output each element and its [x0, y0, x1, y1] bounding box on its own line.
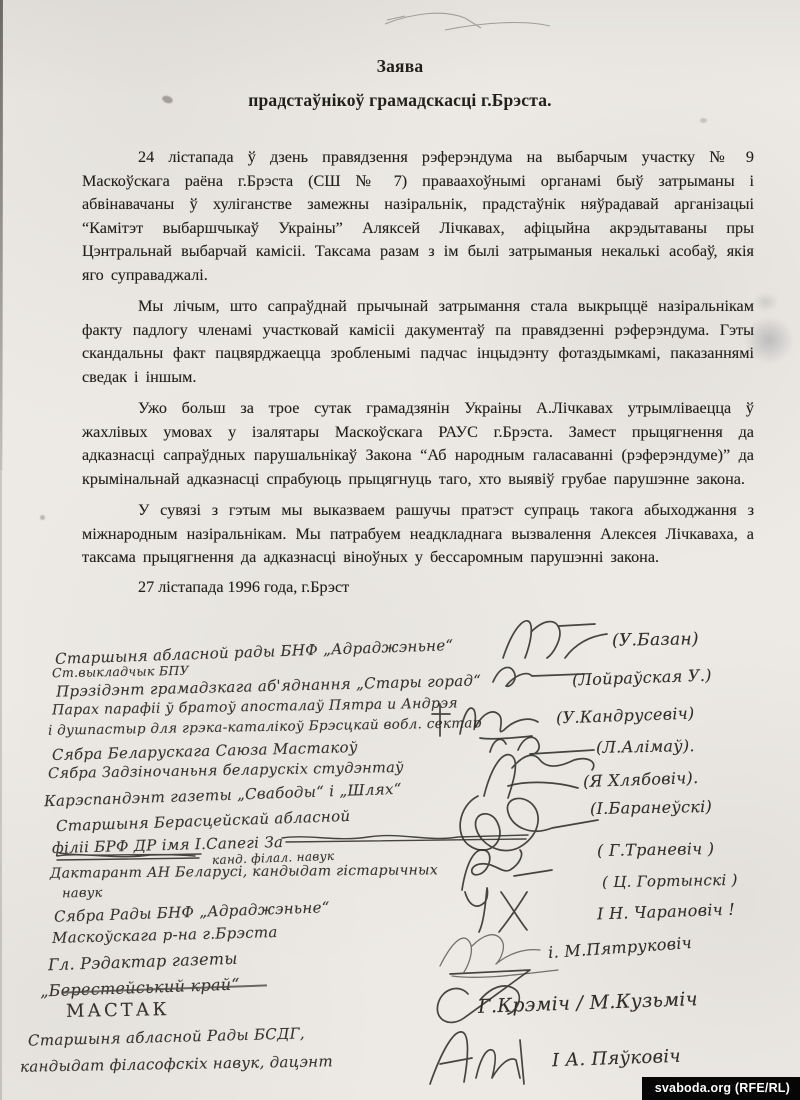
signer-name: І Н. Чарановіч ! — [597, 900, 736, 924]
paragraph-2: Мы лічым, што сапраўднай прычынай затрым… — [82, 295, 754, 389]
signature-role: Сябра Задзіночаньня беларускіх студэнтаў — [48, 760, 404, 782]
signature-scribble — [420, 1020, 540, 1098]
paragraph-1: 24 лістапада ў дзень правядзення рэферэн… — [82, 146, 754, 287]
signature-role: Маскоўскага р-на г.Брэста — [52, 923, 278, 947]
signer-name: (Л.Алімаў). — [596, 736, 695, 757]
date-line: 27 лістапада 1996 года, г.Брэст — [82, 578, 754, 597]
scan-smudge — [744, 316, 794, 364]
scanned-document: Заява прадстаўнікоў грамадскасці г.Брэст… — [0, 0, 800, 1100]
signature-role: Сябра Рады БНФ „Адраджэньне“ — [54, 898, 330, 926]
signature-role: навук — [62, 886, 103, 902]
signer-name: І А. Пяўковіч — [552, 1046, 682, 1071]
watermark-credit: svaboda.org (RFE/RL) — [642, 1077, 800, 1100]
signature-scribble — [495, 612, 610, 664]
signature-role: Дактарант АН Беларусі, кандыдат гістарыч… — [50, 862, 438, 881]
strike-scribble — [55, 850, 205, 864]
scan-smudge-small — [753, 292, 779, 312]
signer-name: (І.Баранеўскі) — [590, 797, 712, 818]
signature-role: і душпастыр для грэка-каталікоў Брэсцкай… — [48, 715, 482, 739]
signature-role: Карэспандэнт газеты „Свабоды“ і „Шлях“ — [44, 780, 402, 810]
pen-mark-artifact — [385, 2, 555, 34]
signer-name: і. М.Пятруковіч — [548, 933, 693, 962]
signature-role: Гл. Рэдактар газеты — [48, 949, 238, 975]
signer-name: (У.Кандрусевіч) — [556, 704, 695, 728]
scan-edge-shadow-full — [0, 0, 2, 1100]
paragraph-4: У сувязі з гэтым мы выказваем рашучы пра… — [82, 499, 754, 570]
signer-name: (У.Базан) — [612, 629, 699, 651]
signature-role: МАСТАК — [66, 999, 170, 1022]
signature-role: Ст.выкладчык БПУ — [52, 663, 189, 680]
paper-speck — [700, 118, 707, 123]
paper-speck — [40, 515, 45, 520]
paragraph-3: Ужо больш за трое сутак грамадзянін Укра… — [82, 397, 754, 491]
signer-name: ( Г.Траневіч ) — [597, 839, 715, 860]
signer-name: (Лойраўская У.) — [572, 666, 712, 690]
signature-role: Сябра Беларускага Саюза Мастакоў — [52, 738, 358, 764]
document-body: 24 лістапада ў дзень правядзення рэферэн… — [82, 146, 754, 570]
signature-role: Старшыня абласной Рады БСДГ, — [28, 1024, 305, 1049]
signature-role: кандыдат філасофскіх навук, дацэнт — [20, 1052, 333, 1075]
signature-scribble — [488, 660, 588, 690]
signer-name: ( Ц. Гортынскі ) — [602, 871, 738, 891]
